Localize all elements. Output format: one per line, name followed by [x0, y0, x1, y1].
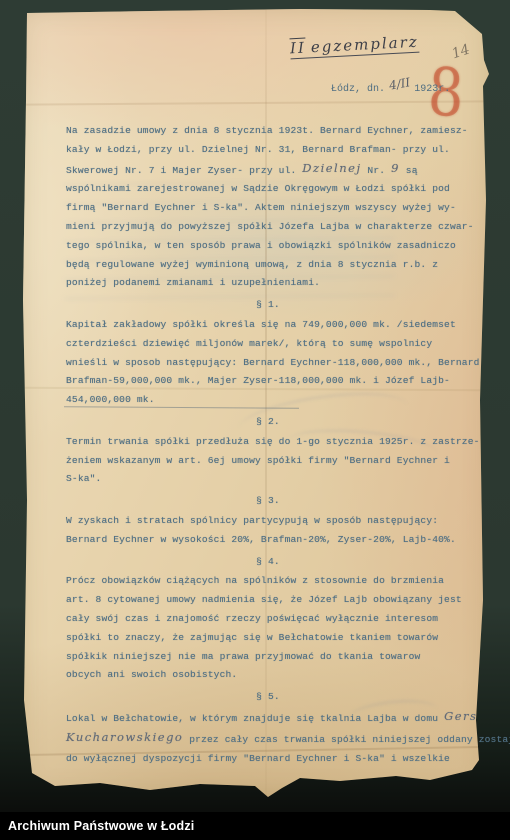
- typed-text: W zyskach i stratach spólnicy partycypuj…: [66, 515, 438, 526]
- handwritten-insertion: 9: [391, 161, 400, 175]
- section-heading: § 5.: [66, 688, 470, 707]
- handwritten-insertion: Dzielnej: [302, 161, 361, 175]
- handwritten-date-day: 4/II: [388, 75, 411, 92]
- typed-text: są: [400, 165, 418, 176]
- typed-line: Na zasadzie umowy z dnia 8 stycznia 1923…: [66, 122, 470, 141]
- typed-line: poniżej podanemi zmianami i uzupełnienia…: [66, 274, 470, 293]
- typed-text: Brafman-59,000,000 mk., Majer Zyser-118,…: [66, 375, 450, 386]
- section-heading: § 4.: [66, 553, 470, 572]
- typed-line: Prócz obowiązków ciążących na spólników …: [66, 572, 470, 591]
- typed-text: wnieśli w sposob następujący: Bernard Ey…: [66, 357, 480, 368]
- typed-line: firmą "Bernard Eychner i S-ka". Aktem ni…: [66, 199, 470, 218]
- typed-document: Na zasadzie umowy z dnia 8 stycznia 1923…: [66, 122, 470, 768]
- typed-line: obcych ani swoich osobistych.: [66, 666, 470, 685]
- typed-text: Prócz obowiązków ciążących na spólników …: [66, 575, 444, 586]
- typed-line: mieni przyjmują do powyższej spółki Józe…: [66, 218, 470, 237]
- typed-line: do wyłącznej dyspozycji firmy "Bernard E…: [66, 750, 470, 769]
- typed-line: Skwerowej Nr. 7 i Majer Zyser- przy ul. …: [66, 160, 470, 181]
- section-heading: § 3.: [66, 492, 470, 511]
- typed-text: S-ka".: [66, 473, 101, 484]
- typed-text: tego spólnika, w ten sposób prawa i obow…: [66, 240, 456, 251]
- typed-line: wnieśli w sposob następujący: Bernard Ey…: [66, 354, 470, 373]
- typed-line: art. 8 cytowanej umowy nadmienia się, że…: [66, 591, 470, 610]
- typed-text: 454,000,000 mk.: [66, 394, 155, 405]
- typed-text: będą regulowane wyżej wyminioną umową, z…: [66, 259, 438, 270]
- scanned-document-page: IIegzemplarz 14 8 Łódz, dn.4/II1923r. Na…: [0, 0, 510, 840]
- typed-text: Nr.: [362, 165, 392, 176]
- typed-line: Bernard Eychner w wysokości 20%, Brafman…: [66, 531, 470, 550]
- horizontal-fold-crease: [18, 100, 492, 105]
- typed-line: spółki to znaczy, że zajmując się w Bełc…: [66, 629, 470, 648]
- archive-name-label: Archiwum Państwowe w Łodzi: [0, 819, 194, 833]
- date-prefix: Łódz, dn.: [331, 84, 385, 95]
- typed-text: obcych ani swoich osobistych.: [66, 669, 237, 680]
- typed-line: Termin trwania spółki przedłuża się do 1…: [66, 433, 470, 452]
- typed-line: Kapitał zakładowy spółki określa się na …: [66, 316, 470, 335]
- handwritten-insertion: Kucharowskiego: [66, 730, 183, 744]
- typed-text: żeniem wskazanym w art. 6ej umowy spółki…: [66, 455, 450, 466]
- typed-text: spółki to znaczy, że zajmując się w Bełc…: [66, 632, 438, 643]
- typed-text: Kapitał zakładowy spółki określa się na …: [66, 319, 456, 330]
- section-heading: § 1.: [66, 296, 470, 315]
- typed-text: mieni przyjmują do powyższej spółki Józe…: [66, 221, 474, 232]
- typed-line: spółkik niniejszej nie ma prawa przyjmow…: [66, 648, 470, 667]
- section-heading: § 2.: [66, 413, 470, 432]
- typed-line: Brafman-59,000,000 mk., Majer Zyser-118,…: [66, 372, 470, 391]
- typed-text: Na zasadzie umowy z dnia 8 stycznia 1923…: [66, 125, 468, 136]
- typed-text: art. 8 cytowanej umowy nadmienia się, że…: [66, 594, 462, 605]
- typed-text: kały w Łodzi, przy ul. Dzielnej Nr. 31, …: [66, 144, 450, 155]
- typed-line: Kucharowskiego przez cały czas trwania s…: [66, 729, 470, 750]
- typed-text: spółkik niniejszej nie ma prawa przyjmow…: [66, 651, 420, 662]
- typed-line: czterdzieści dziewięć miljonów marek/, k…: [66, 335, 470, 354]
- typed-text: wspólnikami zarejestrowanej w Sądzie Okr…: [66, 183, 450, 194]
- typed-text: do wyłącznej dyspozycji firmy "Bernard E…: [66, 753, 450, 764]
- typed-line: żeniem wskazanym w art. 6ej umowy spółki…: [66, 452, 470, 471]
- date-line: Łódz, dn.4/II1923r.: [331, 80, 450, 95]
- typed-line: cały swój czas i znajomość rzeczy poświę…: [66, 610, 470, 629]
- typed-text: Termin trwania spółki przedłuża się do 1…: [66, 436, 480, 447]
- typed-line: 454,000,000 mk.: [66, 391, 470, 410]
- typed-line: S-ka".: [66, 470, 470, 489]
- copy-note-roman: II: [290, 39, 307, 58]
- typed-text: przez cały czas trwania spółki niniejsze…: [183, 734, 510, 745]
- typed-text: Bernard Eychner w wysokości 20%, Brafman…: [66, 534, 456, 545]
- typed-line: Lokal w Bełchatowie, w którym znajduje s…: [66, 708, 470, 729]
- handwritten-insertion: Gers: [444, 709, 477, 723]
- typed-text: firmą "Bernard Eychner i S-ka". Aktem ni…: [66, 202, 456, 213]
- typed-text: Skwerowej Nr. 7 i Majer Zyser- przy ul.: [66, 165, 302, 176]
- typed-text: Lokal w Bełchatowie, w którym znajduje s…: [66, 713, 444, 724]
- typed-text: poniżej podanemi zmianami i uzupełnienia…: [66, 277, 320, 288]
- date-year: 1923r.: [414, 84, 450, 95]
- typed-line: tego spólnika, w ten sposób prawa i obow…: [66, 237, 470, 256]
- typed-text: czterdzieści dziewięć miljonów marek/, k…: [66, 338, 432, 349]
- typed-line: kały w Łodzi, przy ul. Dzielnej Nr. 31, …: [66, 141, 470, 160]
- typed-line: W zyskach i stratach spólnicy partycypuj…: [66, 512, 470, 531]
- typed-line: będą regulowane wyżej wyminioną umową, z…: [66, 256, 470, 275]
- typed-line: wspólnikami zarejestrowanej w Sądzie Okr…: [66, 180, 470, 199]
- archive-footer-bar: Archiwum Państwowe w Łodzi: [0, 812, 510, 840]
- typed-text: cały swój czas i znajomość rzeczy poświę…: [66, 613, 438, 624]
